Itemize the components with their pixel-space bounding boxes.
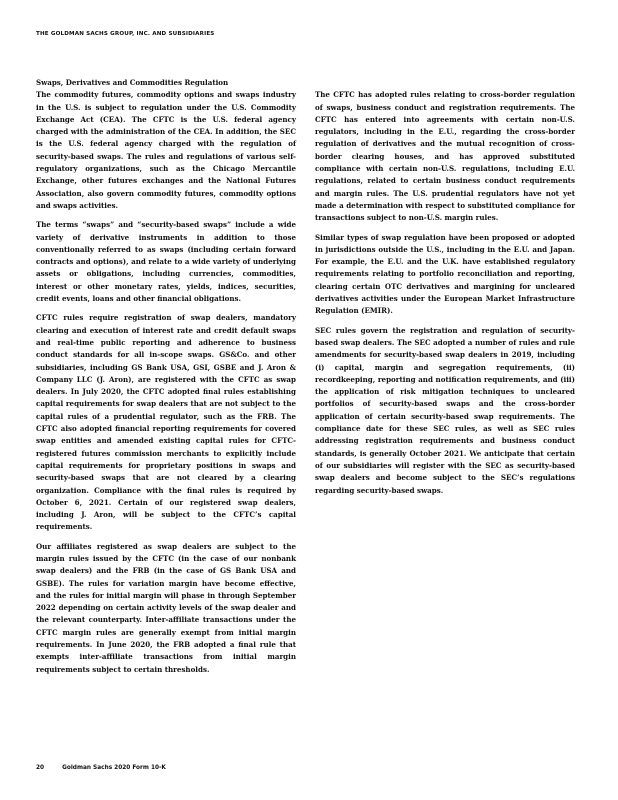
section-heading: Swaps, Derivatives and Commodities Regul… — [36, 77, 296, 89]
paragraph: The commodity futures, commodity options… — [36, 89, 296, 212]
page-number: 20 — [36, 765, 44, 771]
paragraph: The CFTC has adopted rules relating to c… — [315, 89, 575, 224]
running-head: THE GOLDMAN SACHS GROUP, INC. AND SUBSID… — [36, 31, 214, 37]
left-column: Swaps, Derivatives and Commodities Regul… — [36, 77, 296, 683]
paragraph: Our affiliates registered as swap dealer… — [36, 541, 296, 676]
page-footer: 20 Goldman Sachs 2020 Form 10-K — [36, 765, 166, 771]
paragraph: The terms “swaps” and “security-based sw… — [36, 219, 296, 305]
publication-title: Goldman Sachs 2020 Form 10-K — [62, 765, 166, 771]
right-column: The CFTC has adopted rules relating to c… — [315, 77, 575, 504]
paragraph: SEC rules govern the registration and re… — [315, 325, 575, 497]
paragraph: Similar types of swap regulation have be… — [315, 232, 575, 318]
paragraph: CFTC rules require registration of swap … — [36, 312, 296, 533]
